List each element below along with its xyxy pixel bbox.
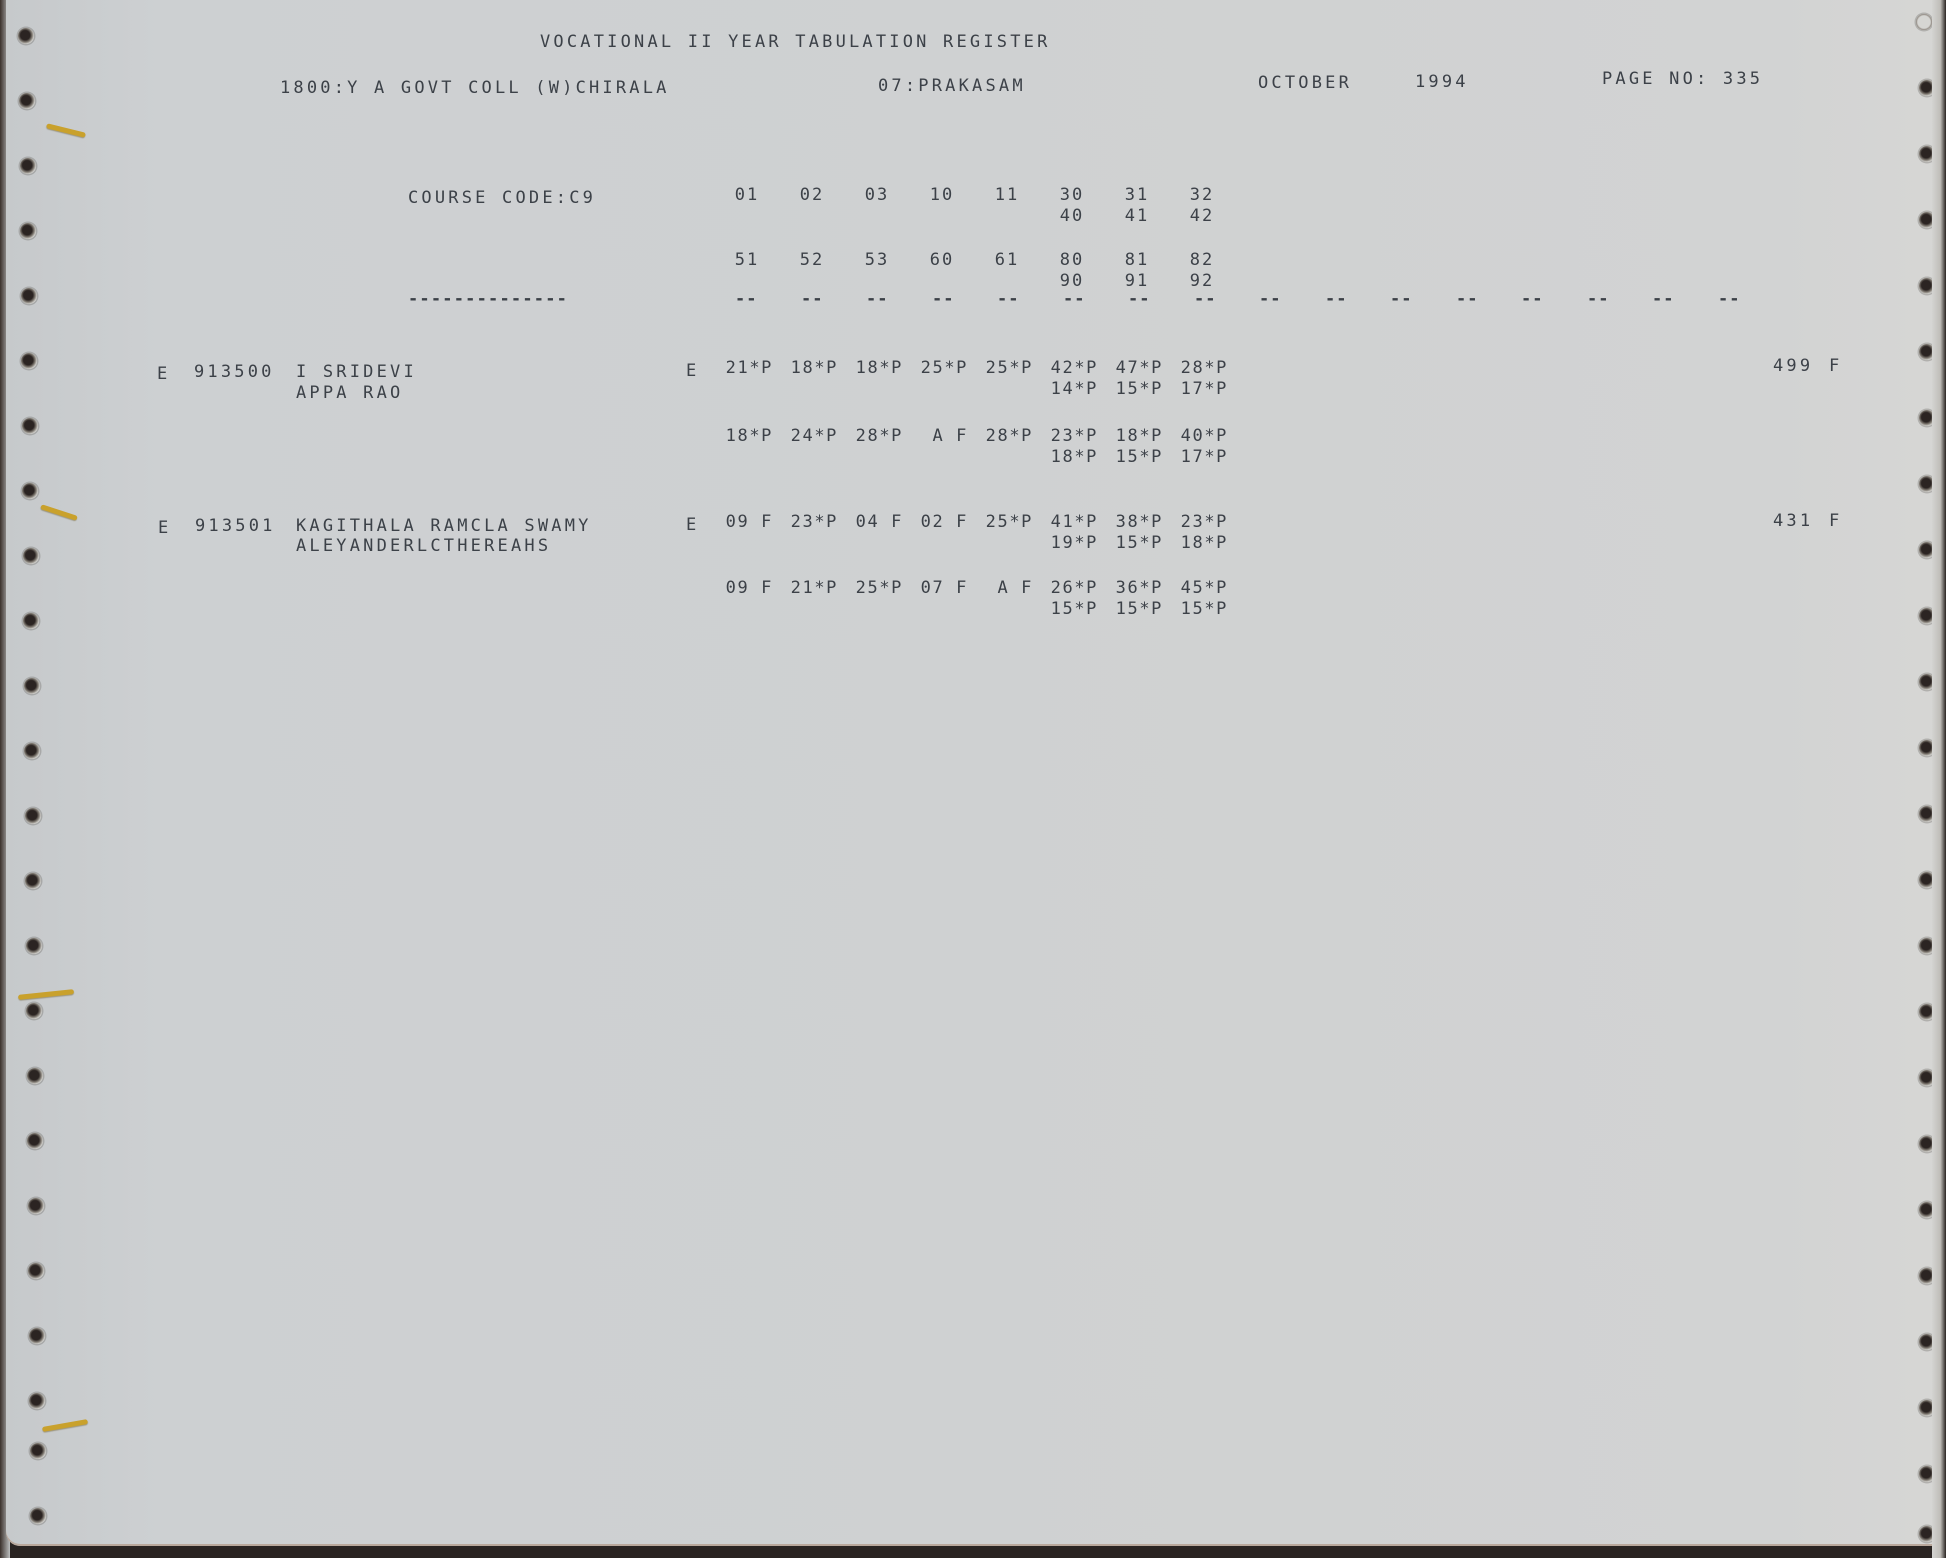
mark-sub: 15*P bbox=[1164, 599, 1228, 619]
punch-hole-icon bbox=[21, 353, 37, 369]
punch-hole-icon bbox=[27, 1068, 43, 1084]
mark-sub: 15*P bbox=[1034, 599, 1098, 619]
student-name: KAGITHALA RAMCLA SWAMY bbox=[296, 516, 592, 536]
punch-hole-icon bbox=[24, 678, 40, 694]
mark: 21*P bbox=[709, 358, 773, 378]
mark: 04 F bbox=[839, 512, 903, 532]
subject-code: 60 bbox=[922, 250, 962, 270]
mark: 26*P bbox=[1034, 578, 1098, 598]
student-category: E bbox=[158, 518, 171, 538]
medium: E bbox=[686, 515, 699, 535]
mark: 28*P bbox=[1164, 358, 1228, 378]
mark-sub: 18*P bbox=[1164, 533, 1228, 553]
punch-hole-icon bbox=[19, 93, 35, 109]
mark: 25*P bbox=[969, 358, 1033, 378]
parent-name: ALEYANDERLCTHEREAHS bbox=[296, 536, 551, 556]
mark: 24*P bbox=[774, 426, 838, 446]
mark: 36*P bbox=[1099, 578, 1163, 598]
punch-hole-icon bbox=[24, 743, 40, 759]
punch-hole-icon bbox=[30, 1508, 46, 1524]
subject-code: 52 bbox=[792, 250, 832, 270]
column-dash: -- bbox=[1718, 289, 1740, 309]
mark: A F bbox=[969, 578, 1033, 598]
mark-sub: 15*P bbox=[1099, 379, 1163, 399]
register-title: VOCATIONAL II YEAR TABULATION REGISTER bbox=[540, 32, 1051, 52]
mark: 25*P bbox=[904, 358, 968, 378]
punch-hole-icon bbox=[27, 1133, 43, 1149]
mark: 40*P bbox=[1164, 426, 1228, 446]
column-dash: -- bbox=[932, 289, 954, 309]
column-dash: -- bbox=[1652, 289, 1674, 309]
subject-code-sub: 92 bbox=[1182, 271, 1222, 291]
punch-hole-icon bbox=[25, 873, 41, 889]
punch-hole-icon bbox=[20, 223, 36, 239]
punch-hole-icon bbox=[26, 938, 42, 954]
subject-code: 80 bbox=[1052, 250, 1092, 270]
subject-code-sub: 90 bbox=[1052, 271, 1092, 291]
subject-code: 01 bbox=[727, 185, 767, 205]
mark-sub: 18*P bbox=[1034, 447, 1098, 467]
mark: 21*P bbox=[774, 578, 838, 598]
column-dash: -- bbox=[866, 289, 888, 309]
mark: 18*P bbox=[774, 358, 838, 378]
result: F bbox=[1829, 356, 1842, 376]
paper-stack-edge-right bbox=[1932, 0, 1946, 1558]
subject-code: 32 bbox=[1182, 185, 1222, 205]
subject-code-sub: 40 bbox=[1052, 206, 1092, 226]
subject-code: 53 bbox=[857, 250, 897, 270]
mark-sub: 15*P bbox=[1099, 447, 1163, 467]
mark: 18*P bbox=[839, 358, 903, 378]
result: F bbox=[1829, 511, 1842, 531]
mark: 23*P bbox=[1034, 426, 1098, 446]
mark-sub: 17*P bbox=[1164, 379, 1228, 399]
punch-hole-icon bbox=[29, 1393, 45, 1409]
punch-hole-icon bbox=[22, 418, 38, 434]
punch-hole-icon bbox=[18, 28, 34, 44]
parent-name: APPA RAO bbox=[296, 383, 403, 403]
subject-code: 51 bbox=[727, 250, 767, 270]
course-code-label: COURSE CODE:C9 bbox=[408, 188, 596, 208]
page-number: PAGE NO: 335 bbox=[1602, 69, 1763, 89]
subject-code: 82 bbox=[1182, 250, 1222, 270]
mark: 45*P bbox=[1164, 578, 1228, 598]
column-dash: -- bbox=[1259, 289, 1281, 309]
binding-string bbox=[46, 123, 86, 138]
punch-hole-icon bbox=[22, 483, 38, 499]
college-name: 1800:Y A GOVT COLL (W)CHIRALA bbox=[280, 78, 670, 98]
column-dash: -- bbox=[1521, 289, 1543, 309]
mark: A F bbox=[904, 426, 968, 446]
mark: 18*P bbox=[1099, 426, 1163, 446]
punch-hole-icon bbox=[28, 1263, 44, 1279]
subject-code: 30 bbox=[1052, 185, 1092, 205]
mark: 07 F bbox=[904, 578, 968, 598]
punch-hole-icon bbox=[20, 158, 36, 174]
subject-code: 10 bbox=[922, 185, 962, 205]
exam-month: OCTOBER bbox=[1258, 73, 1352, 93]
column-dash: -- bbox=[1063, 289, 1085, 309]
subject-code-sub: 91 bbox=[1117, 271, 1157, 291]
punch-hole-icon bbox=[23, 548, 39, 564]
mark: 23*P bbox=[1164, 512, 1228, 532]
binding-string bbox=[40, 504, 78, 520]
punch-hole-icon bbox=[29, 1328, 45, 1344]
column-dash: -- bbox=[1325, 289, 1347, 309]
mark-sub: 14*P bbox=[1034, 379, 1098, 399]
mark-sub: 15*P bbox=[1099, 599, 1163, 619]
mark: 38*P bbox=[1099, 512, 1163, 532]
mark: 09 F bbox=[709, 512, 773, 532]
subject-code-sub: 41 bbox=[1117, 206, 1157, 226]
district-name: 07:PRAKASAM bbox=[878, 76, 1026, 96]
mark: 18*P bbox=[709, 426, 773, 446]
mark: 28*P bbox=[969, 426, 1033, 446]
mark: 42*P bbox=[1034, 358, 1098, 378]
subject-code: 81 bbox=[1117, 250, 1157, 270]
hall-ticket-number: 913500 bbox=[194, 362, 275, 382]
mark: 02 F bbox=[904, 512, 968, 532]
punch-hole-icon bbox=[21, 288, 37, 304]
column-dash: -- bbox=[1456, 289, 1478, 309]
column-dash: -- bbox=[1128, 289, 1150, 309]
column-dash: -- bbox=[735, 289, 757, 309]
punch-hole-icon bbox=[1916, 14, 1932, 30]
student-category: E bbox=[157, 364, 170, 384]
hall-ticket-number: 913501 bbox=[195, 516, 276, 536]
total-marks: 499 bbox=[1773, 356, 1813, 376]
subject-code: 03 bbox=[857, 185, 897, 205]
mark: 25*P bbox=[969, 512, 1033, 532]
subject-code: 31 bbox=[1117, 185, 1157, 205]
column-dash: -- bbox=[1194, 289, 1216, 309]
punch-hole-icon bbox=[26, 1003, 42, 1019]
medium: E bbox=[686, 361, 699, 381]
punch-hole-icon bbox=[28, 1198, 44, 1214]
punch-hole-icon bbox=[25, 808, 41, 824]
course-separator: -------------- bbox=[408, 289, 568, 309]
punch-hole-icon bbox=[30, 1443, 46, 1459]
binding-string bbox=[42, 1419, 88, 1432]
mark: 25*P bbox=[839, 578, 903, 598]
student-name: I SRIDEVI bbox=[296, 362, 417, 382]
subject-code: 11 bbox=[987, 185, 1027, 205]
continuous-form-paper: VOCATIONAL II YEAR TABULATION REGISTER 1… bbox=[6, 0, 1932, 1546]
column-dash: -- bbox=[997, 289, 1019, 309]
punch-hole-icon bbox=[23, 613, 39, 629]
subject-code: 02 bbox=[792, 185, 832, 205]
column-dash: -- bbox=[1587, 289, 1609, 309]
mark: 47*P bbox=[1099, 358, 1163, 378]
binding-string bbox=[18, 989, 74, 1000]
mark: 41*P bbox=[1034, 512, 1098, 532]
mark: 23*P bbox=[774, 512, 838, 532]
mark-sub: 17*P bbox=[1164, 447, 1228, 467]
mark: 09 F bbox=[709, 578, 773, 598]
subject-code: 61 bbox=[987, 250, 1027, 270]
mark-sub: 19*P bbox=[1034, 533, 1098, 553]
mark-sub: 15*P bbox=[1099, 533, 1163, 553]
column-dash: -- bbox=[801, 289, 823, 309]
exam-year: 1994 bbox=[1415, 72, 1469, 92]
mark: 28*P bbox=[839, 426, 903, 446]
subject-code-sub: 42 bbox=[1182, 206, 1222, 226]
total-marks: 431 bbox=[1773, 511, 1813, 531]
column-dash: -- bbox=[1390, 289, 1412, 309]
